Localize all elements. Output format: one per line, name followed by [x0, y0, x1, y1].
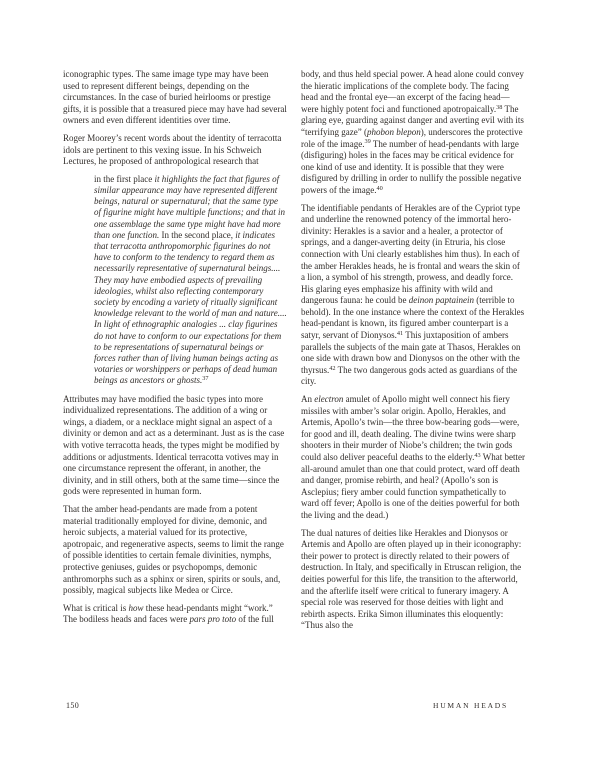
paragraph: The identifiable pendants of Herakles ar…: [301, 203, 525, 389]
paragraph: The dual natures of deities like Herakle…: [301, 528, 525, 632]
paragraph: body, and thus held special power. A hea…: [301, 69, 525, 197]
page-number: 150: [66, 701, 79, 710]
paragraph: What is critical is how these head-penda…: [63, 603, 287, 626]
book-page: iconographic types. The same image type …: [0, 0, 600, 762]
left-column: iconographic types. The same image type …: [63, 69, 287, 638]
paragraph: An electron amulet of Apollo might well …: [301, 394, 525, 522]
page-footer: 150 HUMAN HEADS: [66, 701, 508, 710]
blockquote: in the first place it highlights the fac…: [94, 174, 287, 387]
running-header: HUMAN HEADS: [433, 701, 508, 710]
text-columns: iconographic types. The same image type …: [63, 69, 525, 638]
paragraph: iconographic types. The same image type …: [63, 69, 287, 127]
paragraph: That the amber head-pendants are made fr…: [63, 504, 287, 597]
paragraph: Roger Moorey’s recent words about the id…: [63, 133, 287, 168]
paragraph: Attributes may have modified the basic t…: [63, 394, 287, 498]
right-column: body, and thus held special power. A hea…: [301, 69, 525, 638]
